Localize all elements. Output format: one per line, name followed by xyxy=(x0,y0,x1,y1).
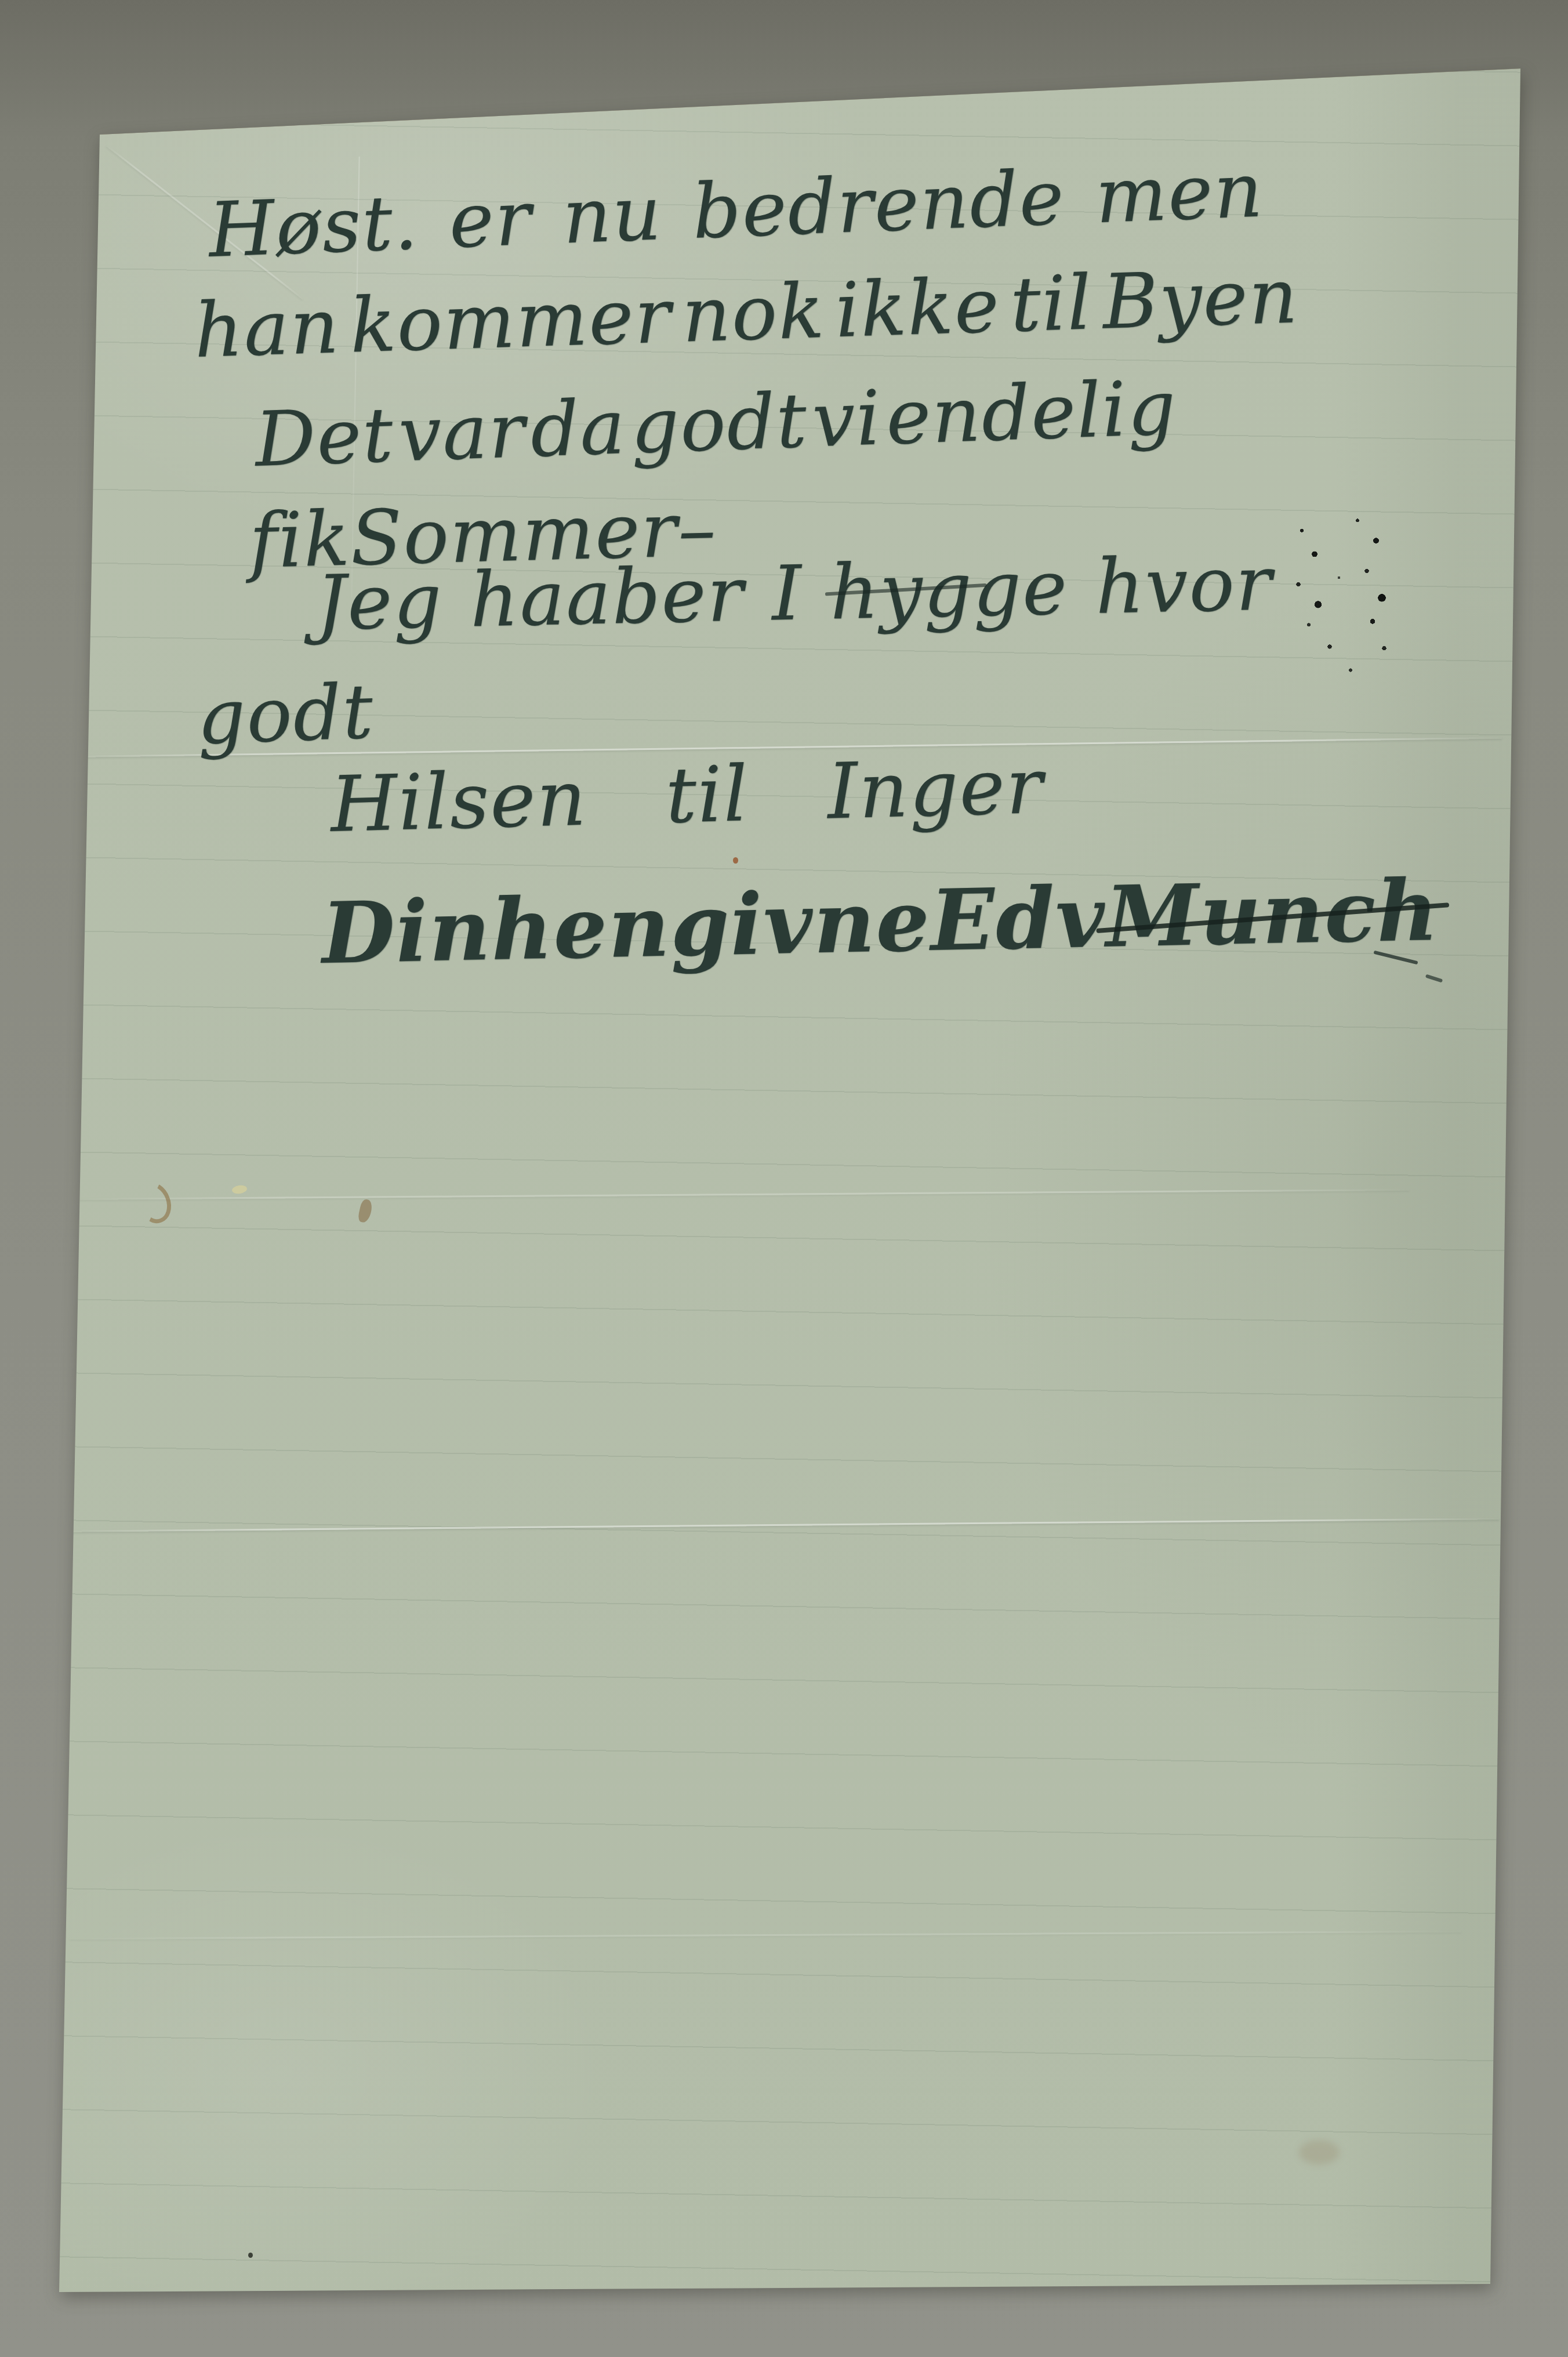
word: Din xyxy=(321,889,492,976)
fold-crease-bottom-faint xyxy=(70,1931,1461,1940)
word: er xyxy=(448,180,533,259)
word: nu xyxy=(561,175,663,254)
fold-crease-middle-faint xyxy=(75,1189,1409,1200)
stain xyxy=(248,2253,253,2258)
word: hvor xyxy=(1095,545,1273,624)
stain xyxy=(231,1184,248,1194)
word: godt xyxy=(630,383,809,465)
word: bedrende xyxy=(691,159,1066,249)
word: var xyxy=(397,393,527,473)
signature-flourish-dash xyxy=(1425,974,1443,983)
handwriting-line-3: Det var da godt vi endelig xyxy=(254,370,1178,477)
stain xyxy=(132,1178,176,1228)
word: ikke xyxy=(834,267,1001,348)
word: Jeg xyxy=(315,563,444,641)
word: vi xyxy=(811,380,883,458)
stain xyxy=(1299,2140,1340,2164)
word: godt xyxy=(196,673,375,755)
word: Det xyxy=(254,397,395,477)
word: til xyxy=(1009,264,1093,342)
paper-top-edge xyxy=(100,67,1522,135)
handwriting-line-2: han kommer nok ikke til Byen xyxy=(193,258,1300,368)
handwriting-line-1: Høst. er nu bedrende men xyxy=(208,152,1265,268)
stain xyxy=(733,857,738,864)
word: I xyxy=(771,555,803,631)
word: Byen xyxy=(1102,258,1300,340)
scan-background: Høst. er nu bedrende men han kommer nok … xyxy=(0,0,1568,2357)
word: nok xyxy=(681,273,826,353)
word: kommer xyxy=(349,278,673,363)
word: Edv xyxy=(930,876,1106,963)
word: til xyxy=(665,756,750,835)
word: Høst. xyxy=(208,184,420,268)
fold-crease-lower xyxy=(61,1518,1499,1532)
greeting-line: Hilsen til Inger xyxy=(329,748,1044,843)
letter-paper: Høst. er nu bedrende men han kommer nok … xyxy=(0,0,1568,2357)
word: men xyxy=(1094,152,1265,234)
ink-blot xyxy=(1279,510,1395,679)
word: Hilsen xyxy=(329,760,588,843)
word: Inger xyxy=(826,748,1044,831)
word: da xyxy=(529,389,627,468)
handwriting-line-6: godt xyxy=(196,673,375,755)
stain xyxy=(357,1198,373,1223)
word: haaber xyxy=(469,557,745,638)
word: han xyxy=(193,288,341,368)
signature-surname-struck: Munch xyxy=(1105,869,1440,960)
word: hengivne xyxy=(491,879,931,973)
paper-shadow-wrap: Høst. er nu bedrende men han kommer nok … xyxy=(0,0,1568,2357)
word: endelig xyxy=(885,370,1178,455)
word-struck: hygge xyxy=(829,550,1069,630)
signature-line: Din hengivne Edv Munch xyxy=(321,870,1366,976)
